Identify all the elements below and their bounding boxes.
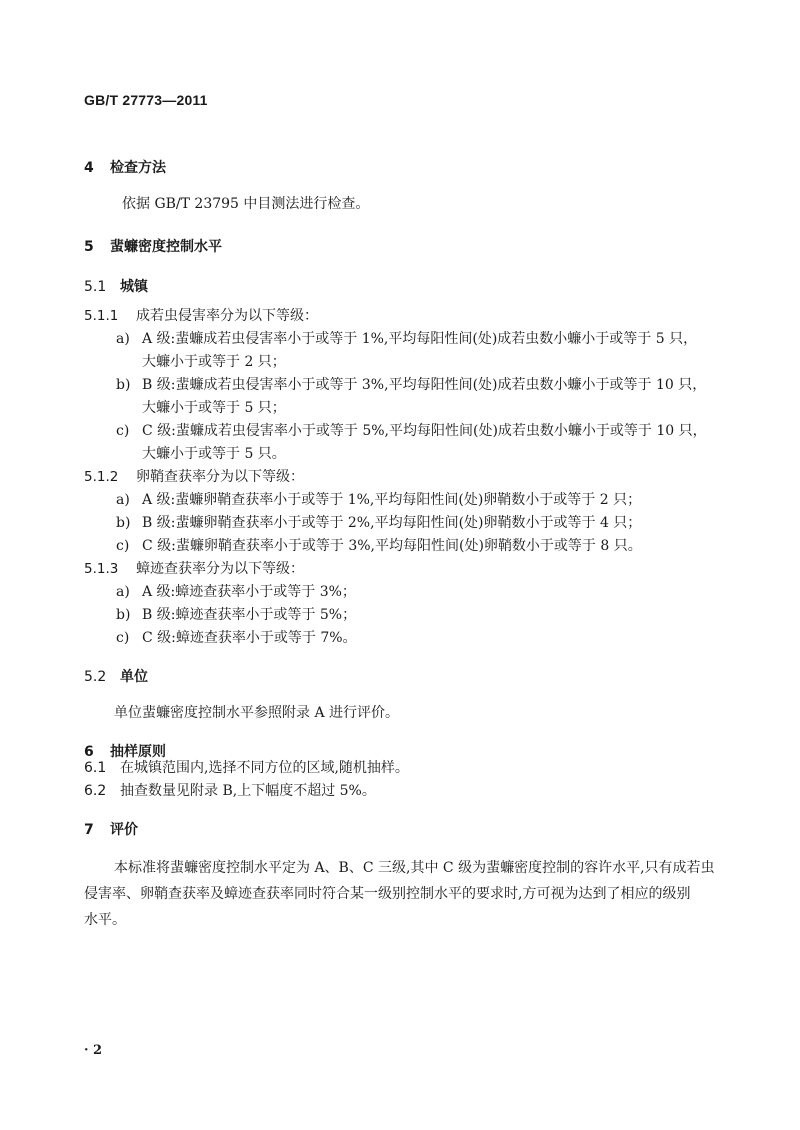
section-title: 单位 [120,669,148,685]
section-number: 5.1.2 [84,469,136,485]
section-5-1-1-heading: 5.1.1成若虫侵害率分为以下等级： [84,305,318,325]
section-5-2-text: 单位蜚蠊密度控制水平参照附录 A 进行评价。 [114,702,399,722]
section-6-2-text: 6.2抽查数量见附录 B,上下幅度不超过 5%。 [84,780,376,800]
section-title: 检查方法 [110,160,166,176]
section-7-line-3: 水平。 [84,909,126,929]
section-number: 5.1 [84,279,120,295]
section-number: 5.1.3 [84,561,136,577]
section-number: 4 [84,160,110,176]
section-number: 6.2 [84,783,120,799]
section-5-1-heading: 5.1城镇 [84,276,148,296]
list-item-continuation: 大蠊小于或等于 5 只； [142,397,286,417]
section-5-heading: 5蜚蠊密度控制水平 [84,236,222,256]
section-6-1-text: 6.1在城镇范围内,选择不同方位的区域,随机抽样。 [84,757,409,777]
section-number: 5 [84,239,110,255]
list-item-continuation: 大蠊小于或等于 2 只； [142,351,286,371]
section-title: 卵鞘查获率分为以下等级： [136,469,304,485]
section-7-line-2: 侵害率、卵鞘查获率及蟑迹查获率同时符合某一级别控制水平的要求时,方可视为达到了相… [84,883,690,903]
section-5-1-3-heading: 5.1.3蟑迹查获率分为以下等级： [84,558,304,578]
section-title: 蟑迹查获率分为以下等级： [136,561,304,577]
section-title: 蜚蠊密度控制水平 [110,239,222,255]
section-title: 评价 [110,822,138,838]
section-number: 7 [84,822,110,838]
section-title: 城镇 [120,279,148,295]
list-item: a)A 级:蜚蠊成若虫侵害率小于或等于 1%,平均每阳性间(处)成若虫数小蠊小于… [116,328,697,348]
page-number: · 2 [84,1043,102,1058]
section-5-2-heading: 5.2单位 [84,666,148,686]
list-item: a)A 级:蜚蠊卵鞘查获率小于或等于 1%,平均每阳性间(处)卵鞘数小于或等于 … [116,489,641,509]
section-4-heading: 4检查方法 [84,157,166,177]
list-item: a)A 级:蟑迹查获率小于或等于 3%； [116,581,356,601]
section-title: 成若虫侵害率分为以下等级： [136,308,318,324]
list-item-continuation: 大蠊小于或等于 5 只。 [142,443,286,463]
section-4-text: 依据 GB/T 23795 中目测法进行检查。 [122,193,369,213]
standard-code: GB/T 27773—2011 [84,92,208,108]
section-number: 6.1 [84,760,120,776]
section-7-line-1: 本标准将蜚蠊密度控制水平定为 A、B、C 三级,其中 C 级为蜚蠊密度控制的容许… [114,857,715,877]
list-item: c)C 级:蜚蠊成若虫侵害率小于或等于 5%,平均每阳性间(处)成若虫数小蠊小于… [116,420,707,440]
list-item: b)B 级:蟑迹查获率小于或等于 5%； [116,604,356,624]
section-number: 5.1.1 [84,308,136,324]
list-item: b)B 级:蜚蠊卵鞘查获率小于或等于 2%,平均每阳性间(处)卵鞘数小于或等于 … [116,512,641,532]
section-number: 5.2 [84,669,120,685]
list-item: c)C 级:蟑迹查获率小于或等于 7%。 [116,627,357,647]
list-item: c)C 级:蜚蠊卵鞘查获率小于或等于 3%,平均每阳性间(处)卵鞘数小于或等于 … [116,535,642,555]
list-item: b)B 级:蜚蠊成若虫侵害率小于或等于 3%,平均每阳性间(处)成若虫数小蠊小于… [116,374,706,394]
section-7-heading: 7评价 [84,819,138,839]
section-5-1-2-heading: 5.1.2卵鞘查获率分为以下等级： [84,466,304,486]
